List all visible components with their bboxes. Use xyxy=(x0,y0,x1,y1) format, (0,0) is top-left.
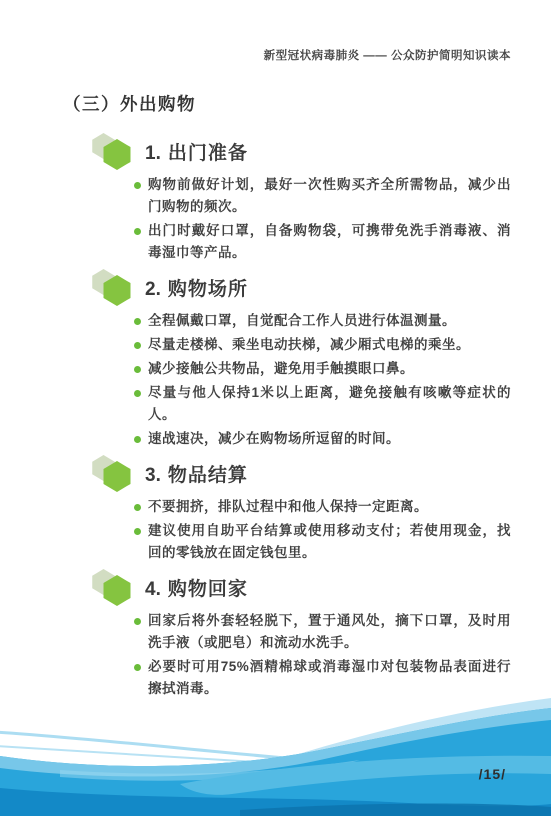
running-header: 新型冠状病毒肺炎 —— 公众防护简明知识读本 xyxy=(264,47,511,63)
bullet-text: 建议使用自助平台结算或使用移动支付；若使用现金，找回的零钱放在固定钱包里。 xyxy=(148,523,511,560)
bullet-text: 尽量与他人保持1米以上距离，避免接触有咳嗽等症状的人。 xyxy=(148,385,511,422)
section-title-text: 购物场所 xyxy=(168,274,248,301)
section-number: 3. xyxy=(145,465,161,487)
section-title-text: 出门准备 xyxy=(168,138,248,165)
bullet-text: 回家后将外套轻轻脱下，置于通风处，摘下口罩，及时用洗手液（或肥皂）和流动水洗手。 xyxy=(148,613,511,650)
bullet-dot-icon xyxy=(134,342,141,349)
bullet-dot-icon xyxy=(134,664,141,671)
bullet-text: 购物前做好计划，最好一次性购买齐全所需物品，减少出门购物的频次。 xyxy=(148,177,511,214)
page: 新型冠状病毒肺炎 —— 公众防护简明知识读本 （三）外出购物 1. 出门准备 购… xyxy=(0,0,551,816)
page-number: /15/ xyxy=(479,766,506,782)
section-heading: 3. 物品结算 xyxy=(145,460,248,487)
bullet-text: 不要拥挤，排队过程中和他人保持一定距离。 xyxy=(148,499,428,514)
wave-decoration xyxy=(0,698,551,816)
content-area: 1. 出门准备 购物前做好计划，最好一次性购买齐全所需物品，减少出门购物的频次。… xyxy=(90,133,511,705)
section-shopping-places: 2. 购物场所 全程佩戴口罩，自觉配合工作人员进行体温测量。 尽量走楼梯、乘坐电… xyxy=(90,269,511,450)
section-number: 4. xyxy=(145,579,161,601)
bullet-item: 建议使用自助平台结算或使用移动支付；若使用现金，找回的零钱放在固定钱包里。 xyxy=(134,520,511,564)
bullet-text: 全程佩戴口罩，自觉配合工作人员进行体温测量。 xyxy=(148,313,456,328)
page-title: （三）外出购物 xyxy=(63,91,196,116)
section-header: 2. 购物场所 xyxy=(90,269,511,306)
bullet-list: 全程佩戴口罩，自觉配合工作人员进行体温测量。 尽量走楼梯、乘坐电动扶梯，减少厢式… xyxy=(90,310,511,450)
bullet-item: 全程佩戴口罩，自觉配合工作人员进行体温测量。 xyxy=(134,310,511,332)
section-preparation: 1. 出门准备 购物前做好计划，最好一次性购买齐全所需物品，减少出门购物的频次。… xyxy=(90,133,511,264)
bullet-dot-icon xyxy=(134,436,141,443)
section-header: 3. 物品结算 xyxy=(90,455,511,492)
section-header: 4. 购物回家 xyxy=(90,569,511,606)
bullet-dot-icon xyxy=(134,228,141,235)
cube-icon xyxy=(90,269,132,306)
section-title-text: 购物回家 xyxy=(168,574,248,601)
bullet-text: 减少接触公共物品，避免用手触摸眼口鼻。 xyxy=(148,361,414,376)
bullet-item: 减少接触公共物品，避免用手触摸眼口鼻。 xyxy=(134,358,511,380)
bullet-item: 回家后将外套轻轻脱下，置于通风处，摘下口罩，及时用洗手液（或肥皂）和流动水洗手。 xyxy=(134,610,511,654)
bullet-dot-icon xyxy=(134,390,141,397)
bullet-item: 出门时戴好口罩，自备购物袋，可携带免洗手消毒液、消毒湿巾等产品。 xyxy=(134,220,511,264)
cube-icon xyxy=(90,455,132,492)
bullet-dot-icon xyxy=(134,528,141,535)
section-heading: 4. 购物回家 xyxy=(145,574,248,601)
section-number: 2. xyxy=(145,279,161,301)
section-number: 1. xyxy=(145,143,161,165)
bullet-dot-icon xyxy=(134,618,141,625)
section-heading: 2. 购物场所 xyxy=(145,274,248,301)
bullet-list: 购物前做好计划，最好一次性购买齐全所需物品，减少出门购物的频次。 出门时戴好口罩… xyxy=(90,174,511,264)
bullet-dot-icon xyxy=(134,318,141,325)
bullet-item: 购物前做好计划，最好一次性购买齐全所需物品，减少出门购物的频次。 xyxy=(134,174,511,218)
bullet-item: 必要时可用75%酒精棉球或消毒湿巾对包装物品表面进行擦拭消毒。 xyxy=(134,656,511,700)
bullet-text: 必要时可用75%酒精棉球或消毒湿巾对包装物品表面进行擦拭消毒。 xyxy=(148,659,511,696)
bullet-text: 出门时戴好口罩，自备购物袋，可携带免洗手消毒液、消毒湿巾等产品。 xyxy=(148,223,511,260)
bullet-list: 回家后将外套轻轻脱下，置于通风处，摘下口罩，及时用洗手液（或肥皂）和流动水洗手。… xyxy=(90,610,511,700)
section-title-text: 物品结算 xyxy=(168,460,248,487)
bullet-list: 不要拥挤，排队过程中和他人保持一定距离。 建议使用自助平台结算或使用移动支付；若… xyxy=(90,496,511,564)
bullet-dot-icon xyxy=(134,366,141,373)
cube-icon xyxy=(90,569,132,606)
bullet-dot-icon xyxy=(134,504,141,511)
bullet-item: 尽量走楼梯、乘坐电动扶梯，减少厢式电梯的乘坐。 xyxy=(134,334,511,356)
section-heading: 1. 出门准备 xyxy=(145,138,248,165)
bullet-text: 速战速决，减少在购物场所逗留的时间。 xyxy=(148,431,400,446)
bullet-item: 尽量与他人保持1米以上距离，避免接触有咳嗽等症状的人。 xyxy=(134,382,511,426)
bullet-dot-icon xyxy=(134,182,141,189)
section-checkout: 3. 物品结算 不要拥挤，排队过程中和他人保持一定距离。 建议使用自助平台结算或… xyxy=(90,455,511,564)
section-returning-home: 4. 购物回家 回家后将外套轻轻脱下，置于通风处，摘下口罩，及时用洗手液（或肥皂… xyxy=(90,569,511,700)
bullet-item: 速战速决，减少在购物场所逗留的时间。 xyxy=(134,428,511,450)
bullet-text: 尽量走楼梯、乘坐电动扶梯，减少厢式电梯的乘坐。 xyxy=(148,337,470,352)
bullet-item: 不要拥挤，排队过程中和他人保持一定距离。 xyxy=(134,496,511,518)
cube-icon xyxy=(90,133,132,170)
section-header: 1. 出门准备 xyxy=(90,133,511,170)
